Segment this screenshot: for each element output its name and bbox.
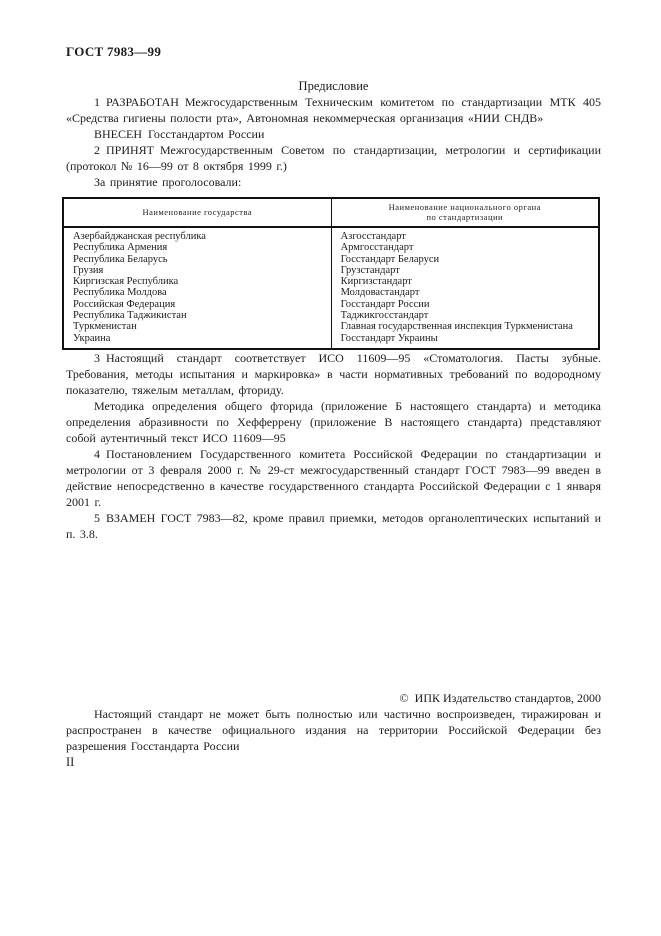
clause-3-continued: Методика определения общего фторида (при…: [66, 398, 601, 446]
org-cell: Госстандарт Украины: [331, 333, 599, 349]
clause-1: 1 РАЗРАБОТАН Межгосударственным Техничес…: [66, 94, 601, 126]
org-cell: Грузстандарт: [331, 265, 599, 276]
org-cell: Главная государственная инспекция Туркме…: [331, 321, 599, 332]
state-cell: Республика Беларусь: [63, 254, 331, 265]
state-header: Наименование государства: [63, 198, 331, 227]
org-cell: Киргизстандарт: [331, 276, 599, 287]
state-cell: Республика Армения: [63, 242, 331, 253]
copyright-line: © ИПК Издательство стандартов, 2000: [66, 690, 601, 706]
state-cell: Республика Таджикистан: [63, 310, 331, 321]
clause-2: 2 ПРИНЯТ Межгосударственным Советом по с…: [66, 142, 601, 174]
table-row: Грузия Грузстандарт: [63, 265, 599, 276]
clause-3: 3 Настоящий стандарт соответствует ИСО 1…: [66, 350, 601, 398]
org-cell: Госстандарт России: [331, 299, 599, 310]
document-page: ГОСТ 7983—99 Предисловие 1 РАЗРАБОТАН Ме…: [0, 0, 661, 936]
state-cell: Грузия: [63, 265, 331, 276]
state-cell: Украина: [63, 333, 331, 349]
doc-code: ГОСТ 7983—99: [66, 44, 601, 60]
reproduction-notice: Настоящий стандарт не может быть полност…: [66, 706, 601, 754]
vote-table: Наименование государства Наименование на…: [62, 197, 600, 350]
table-row: Республика Армения Армгосстандарт: [63, 242, 599, 253]
org-cell: Армгосстандарт: [331, 242, 599, 253]
state-cell: Азербайджанская республика: [63, 227, 331, 242]
org-cell: Молдовастандарт: [331, 287, 599, 298]
table-row: Республика Беларусь Госстандарт Беларуси: [63, 254, 599, 265]
clause-4: 4 Постановлением Государственного комите…: [66, 446, 601, 510]
foreword-title: Предисловие: [66, 78, 601, 94]
org-cell: Госстандарт Беларуси: [331, 254, 599, 265]
clause-5: 5 ВЗАМЕН ГОСТ 7983—82, кроме правил прие…: [66, 510, 601, 542]
state-cell: Республика Молдова: [63, 287, 331, 298]
org-header: Наименование национального органа по ста…: [331, 198, 599, 227]
table-row: Республика Таджикистан Таджикгосстандарт: [63, 310, 599, 321]
org-cell: Таджикгосстандарт: [331, 310, 599, 321]
table-row: Украина Госстандарт Украины: [63, 333, 599, 349]
table-header-row: Наименование государства Наименование на…: [63, 198, 599, 227]
org-cell: Азгосстандарт: [331, 227, 599, 242]
state-cell: Киргизская Республика: [63, 276, 331, 287]
table-row: Российская Федерация Госстандарт России: [63, 299, 599, 310]
state-cell: Российская Федерация: [63, 299, 331, 310]
state-cell: Туркменистан: [63, 321, 331, 332]
table-row: Республика Молдова Молдовастандарт: [63, 287, 599, 298]
table-row: Азербайджанская республика Азгосстандарт: [63, 227, 599, 242]
table-row: Туркменистан Главная государственная инс…: [63, 321, 599, 332]
vote-intro: За принятие проголосовали:: [66, 174, 601, 190]
table-row: Киргизская Республика Киргизстандарт: [63, 276, 599, 287]
page-number: II: [66, 754, 601, 770]
clause-1-submitted: ВНЕСЕН Госстандартом России: [66, 126, 601, 142]
